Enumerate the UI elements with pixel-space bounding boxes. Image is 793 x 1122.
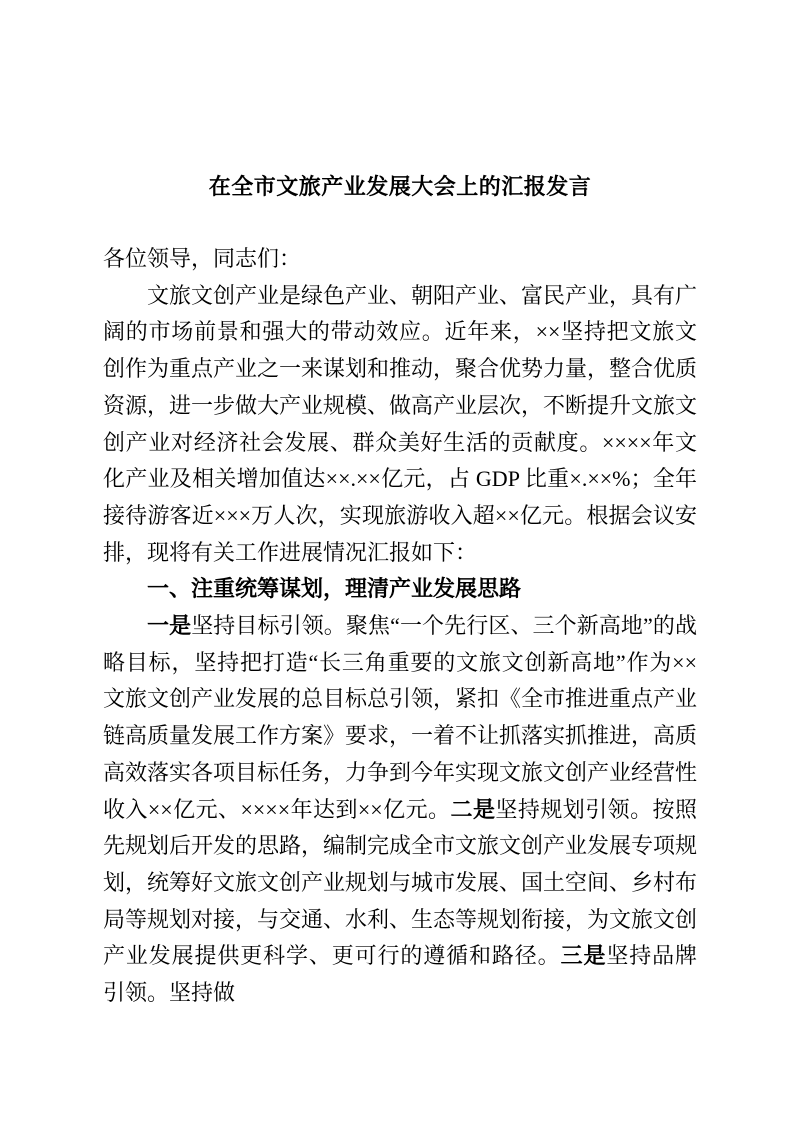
paragraph-intro: 文旅文创产业是绿色产业、朝阳产业、富民产业，具有广阔的市场前景和强大的带动效应。… — [103, 278, 697, 572]
run-third-label: 三是 — [561, 943, 607, 968]
salutation-line: 各位领导，同志们： — [103, 241, 697, 278]
document-page: 在全市文旅产业发展大会上的汇报发言 各位领导，同志们： 文旅文创产业是绿色产业、… — [0, 0, 793, 1122]
run-first-label: 一是 — [147, 613, 191, 638]
document-body: 各位领导，同志们： 文旅文创产业是绿色产业、朝阳产业、富民产业，具有广阔的市场前… — [103, 241, 697, 1012]
paragraph-section-1: 一是坚持目标引领。聚焦“一个先行区、三个新高地”的战略目标，坚持把打造“长三角重… — [103, 608, 697, 1012]
section-heading-1: 一、注重统筹谋划，理清产业发展思路 — [103, 571, 697, 608]
document-title: 在全市文旅产业发展大会上的汇报发言 — [103, 172, 697, 202]
run-first-text: 坚持目标引领。聚焦“一个先行区、三个新高地”的战略目标，坚持把打造“长三角重要的… — [103, 613, 697, 822]
run-second-label: 二是 — [451, 797, 496, 822]
